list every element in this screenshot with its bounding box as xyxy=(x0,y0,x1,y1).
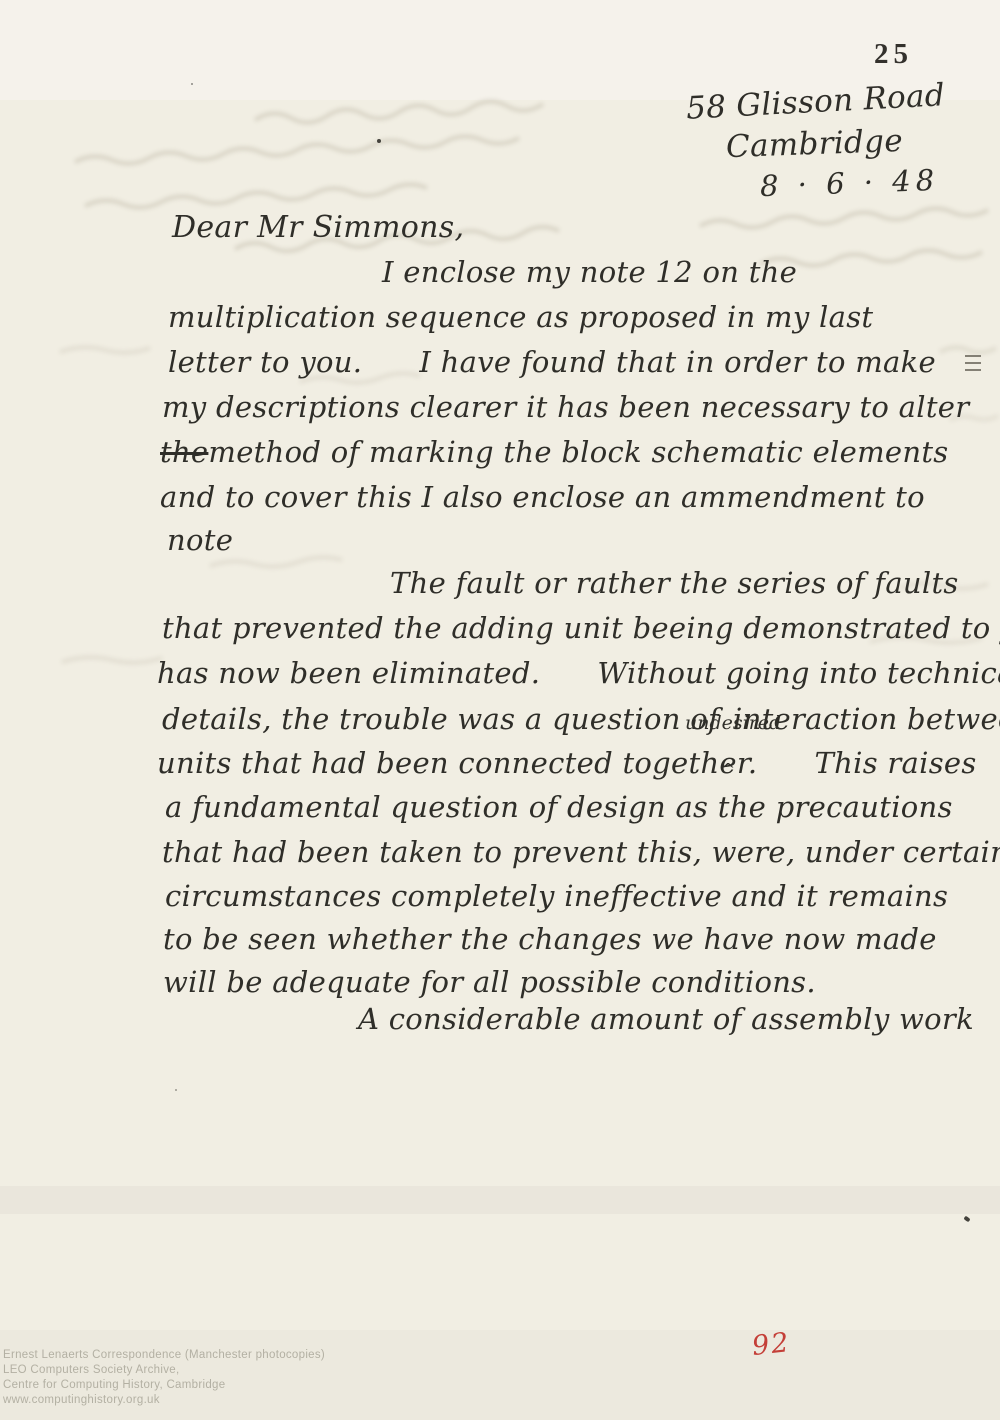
handwritten-line: to be seen whether the changes we have n… xyxy=(163,922,937,956)
ink-speck xyxy=(191,83,193,85)
address-city: Cambridge xyxy=(725,123,903,165)
scan-shading-band xyxy=(0,1186,1000,1214)
address-street: 58 Glisson Road xyxy=(685,77,946,127)
handwritten-line: my descriptions clearer it has been nece… xyxy=(162,390,969,424)
archive-footer: Ernest Lenaerts Correspondence (Manchest… xyxy=(3,1348,325,1408)
margin-mark xyxy=(965,355,981,372)
ink-speck xyxy=(377,139,381,143)
handwritten-line: units that had been connected together. … xyxy=(157,746,977,780)
handwritten-line: that prevented the adding unit beeing de… xyxy=(162,611,1000,645)
ink-speck xyxy=(169,991,171,993)
struck-out-word: the xyxy=(160,435,208,469)
handwritten-line: a fundamental question of design as the … xyxy=(165,790,953,824)
ink-speck xyxy=(963,1216,970,1223)
archivist-number: 92 xyxy=(750,1327,791,1362)
handwritten-line: letter to you. I have found that in orde… xyxy=(168,345,936,379)
handwritten-line: has now been eliminated. Without going i… xyxy=(157,656,1000,690)
handwritten-line: The fault or rather the series of faults xyxy=(390,566,959,600)
salutation: Dear Mr Simmons, xyxy=(172,210,464,245)
handwritten-line: themethod of marking the block schematic… xyxy=(160,435,948,469)
handwritten-line: will be adequate for all possible condit… xyxy=(163,965,816,999)
page-number: 25 xyxy=(874,38,913,71)
handwritten-line: multiplication sequence as proposed in m… xyxy=(168,300,873,334)
archive-footer-line: LEO Computers Society Archive, xyxy=(3,1363,325,1378)
archive-footer-line: Centre for Computing History, Cambridge xyxy=(3,1378,325,1393)
inserted-word: undesired xyxy=(685,706,781,740)
handwritten-line: and to cover this I also enclose an amme… xyxy=(160,480,925,514)
handwritten-line: circumstances completely ineffective and… xyxy=(165,879,948,913)
handwritten-line: note xyxy=(167,523,233,557)
archive-footer-line: Ernest Lenaerts Correspondence (Manchest… xyxy=(3,1348,325,1363)
handwritten-line: A considerable amount of assembly work xyxy=(358,1002,974,1036)
letter-date: 8 · 6 · 48 xyxy=(759,163,939,203)
handwritten-line: that had been taken to prevent this, wer… xyxy=(162,835,1000,869)
handwritten-line: I enclose my note 12 on the xyxy=(382,255,797,289)
archive-footer-line: www.computinghistory.org.uk xyxy=(3,1393,325,1408)
scanned-letter-page: 25 58 Glisson Road Cambridge 8 · 6 · 48 … xyxy=(0,0,1000,1420)
ink-speck xyxy=(175,1089,177,1091)
handwritten-line: details, the trouble was a question ofun… xyxy=(162,702,1000,736)
